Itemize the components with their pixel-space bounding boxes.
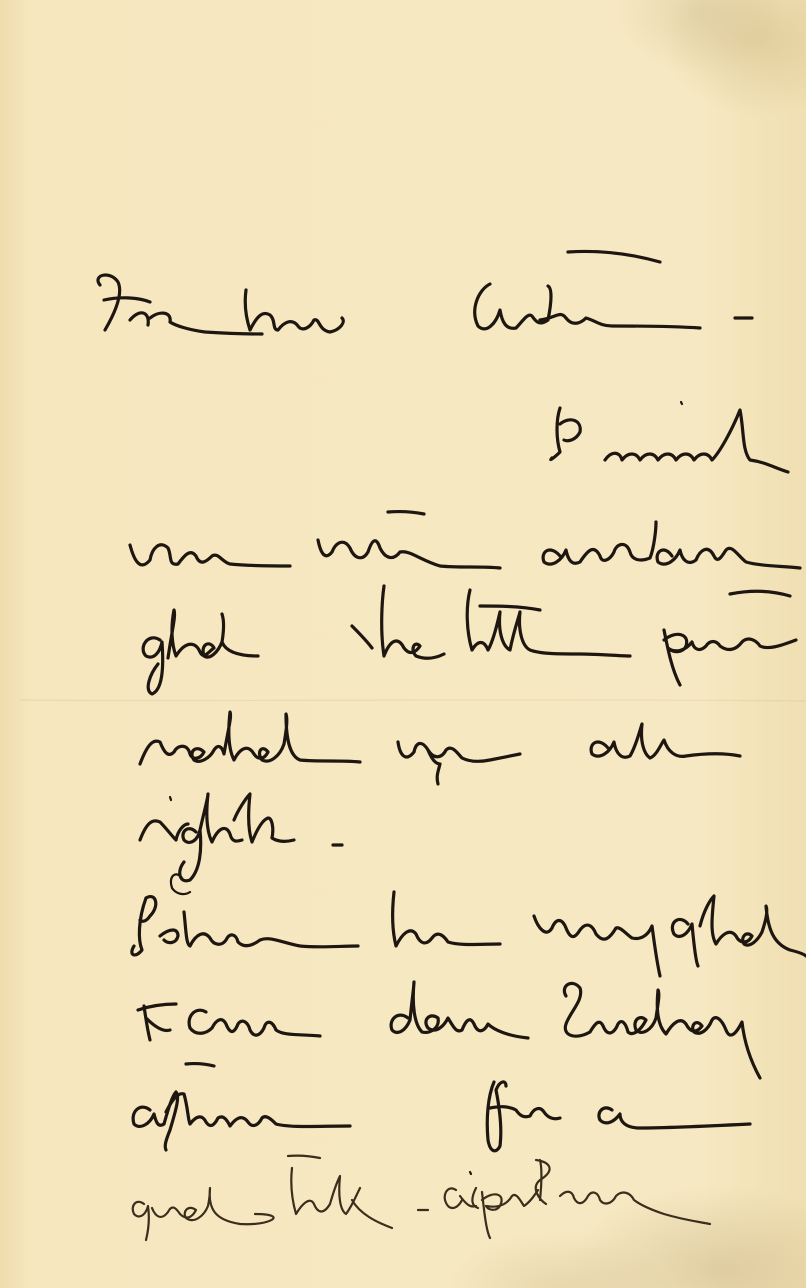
handwriting-ink [0, 0, 806, 1288]
line-7-handwriting [138, 982, 760, 1078]
salutation-handwriting [98, 251, 752, 334]
line-8-handwriting [133, 1064, 750, 1151]
line-6-handwriting [132, 874, 806, 976]
line-5-handwriting [140, 794, 342, 881]
line-3-handwriting [143, 586, 796, 694]
line-2-handwriting [130, 512, 800, 568]
paper-fold-line [20, 700, 806, 701]
line-9-handwriting [133, 1156, 710, 1240]
line-4-handwriting [140, 712, 740, 784]
letter-page: Dear Miss Austin - I received your note … [0, 0, 806, 1288]
line-1-handwriting [551, 402, 788, 472]
